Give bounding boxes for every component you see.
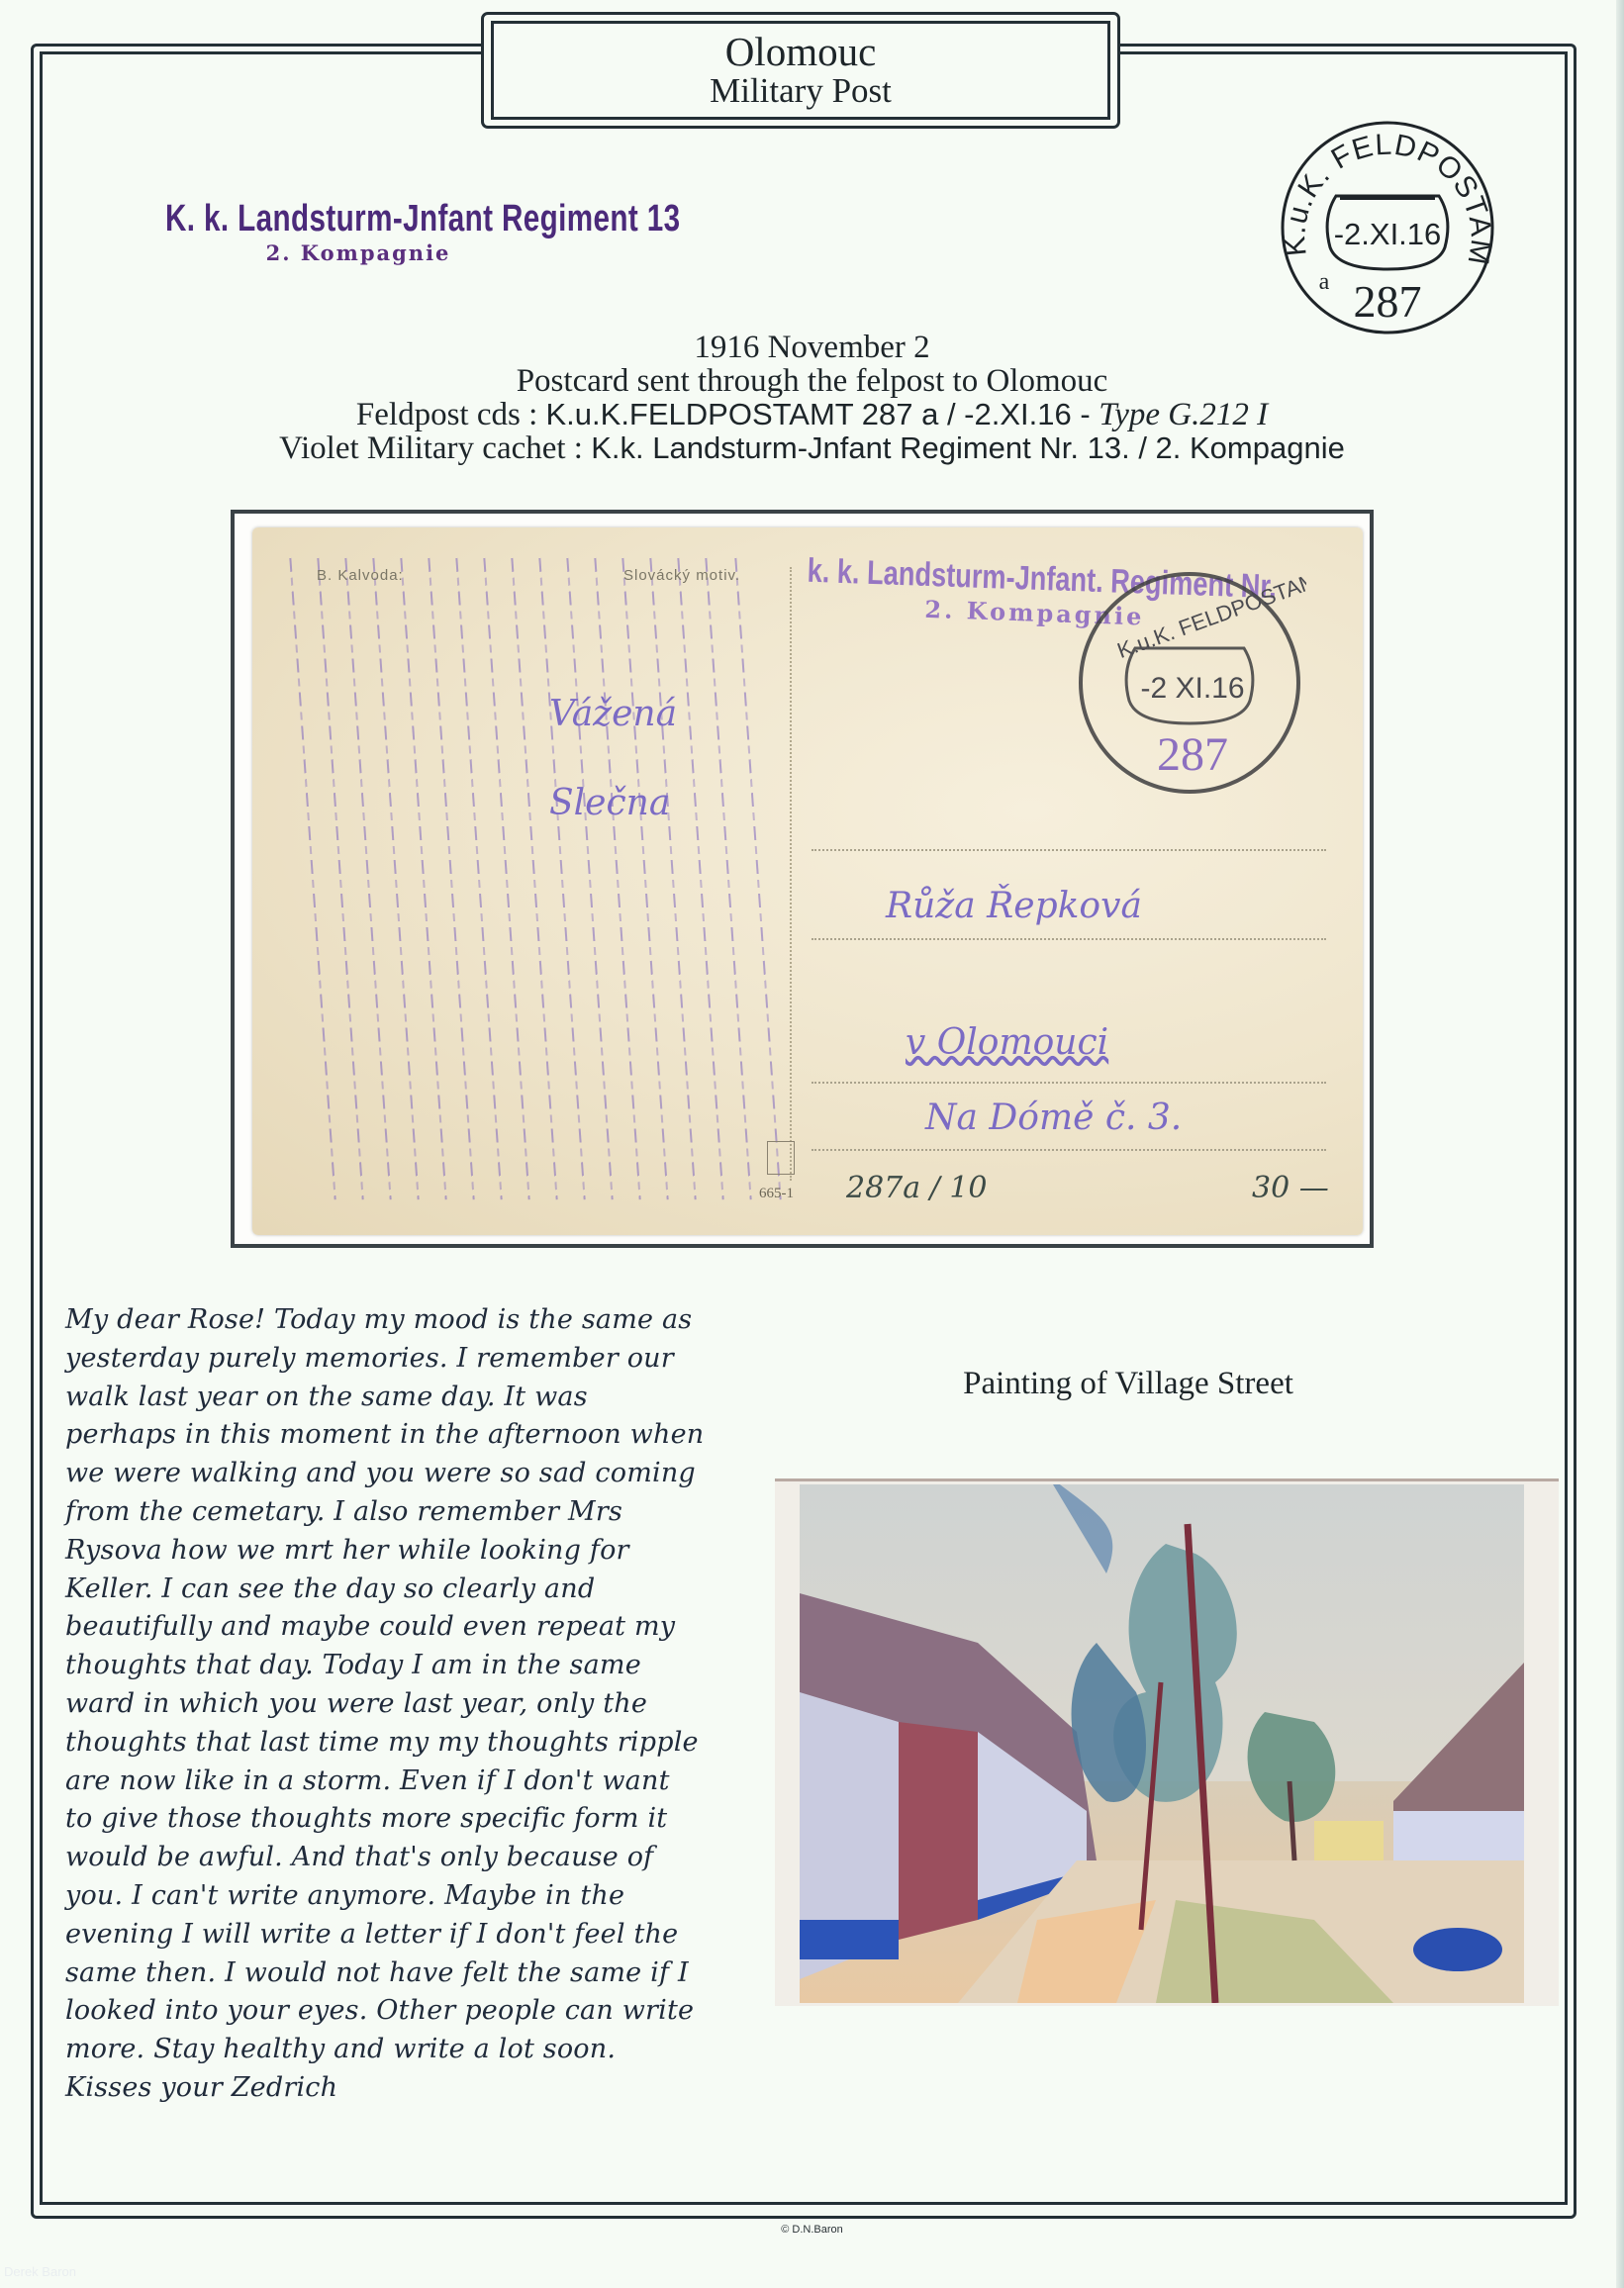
copyright: © D.N.Baron: [0, 2224, 1624, 2236]
description-cds: Feldpost cds : K.u.K.FELDPOSTAMT 287 a /…: [0, 398, 1624, 431]
cds-type: Type G.212 I: [1099, 397, 1268, 432]
message-transcription: My dear Rose! Today my mood is the same …: [65, 1301, 748, 2108]
printer-logo-icon: [767, 1141, 795, 1175]
transcription-line: are now like in a storm. Even if I don't…: [65, 1763, 748, 1801]
transcription-line: would be awful. And that's only because …: [65, 1839, 748, 1877]
transcription-line: looked into your eyes. Other people can …: [65, 1992, 748, 2031]
transcription-line: walk last year on the same day. It was: [65, 1379, 748, 1417]
address-salutation: Vážená: [549, 694, 677, 734]
svg-text:-2.XI.16: -2.XI.16: [1334, 217, 1442, 251]
village-street-painting: [800, 1484, 1524, 2003]
transcription-line: same then. I would not have felt the sam…: [65, 1954, 748, 1993]
cds-label: Feldpost cds :: [356, 397, 546, 432]
transcription-line: evening I will write a letter if I don't…: [65, 1916, 748, 1954]
postcard-divider: [790, 567, 792, 1181]
transcription-line: to give those thoughts more specific for…: [65, 1800, 748, 1839]
transcription-line: from the cemetary. I also remember Mrs: [65, 1493, 748, 1532]
address-title: Slečna: [549, 783, 670, 823]
transcription-line: more. Stay healthy and write a lot soon.: [65, 2031, 748, 2069]
transcription-line: Keller. I can see the day so clearly and: [65, 1571, 748, 1609]
watermark: Derek Baron: [4, 2264, 76, 2279]
description-cachet: Violet Military cachet : K.k. Landsturm-…: [0, 431, 1624, 465]
svg-text:a: a: [1319, 269, 1330, 295]
postcard-image: B. Kalvoda: Slovácký motiv. k. k. Landst…: [252, 527, 1363, 1235]
cachet-value: K.k. Landsturm-Jnfant Regiment Nr. 13. /…: [591, 430, 1345, 465]
transcription-line: thoughts that last time my my thoughts r…: [65, 1724, 748, 1763]
address-street: Na Dómě č. 3.: [925, 1097, 1182, 1138]
svg-text:287: 287: [1354, 276, 1422, 327]
pencil-note-left: 287a / 10: [846, 1171, 988, 1205]
svg-text:-2 XI.16: -2 XI.16: [1140, 672, 1244, 705]
cachet-regiment: K. k. Landsturm-Jnfant Regiment 13: [165, 198, 551, 240]
transcription-line: Kisses your Zedrich: [65, 2069, 748, 2108]
postcard-handwritten-message: [272, 547, 787, 1220]
transcription-line: thoughts that day. Today I am in the sam…: [65, 1647, 748, 1685]
transcription-line: beautifully and maybe could even repeat …: [65, 1608, 748, 1647]
cds-value: K.u.K.FELDPOSTAMT 287 a / -2.XI.16 -: [546, 397, 1099, 431]
cachet-company: 2. Kompagnie: [111, 240, 606, 265]
printer-number: 665-1: [759, 1186, 794, 1202]
regiment-cachet: K. k. Landsturm-Jnfant Regiment 13 2. Ko…: [111, 198, 606, 265]
transcription-line: we were walking and you were so sad comi…: [65, 1455, 748, 1493]
description-block: 1916 November 2 Postcard sent through th…: [0, 331, 1624, 465]
page-title: Olomouc Military Post: [491, 21, 1110, 120]
feldpost-postmark-icon: K.u.K. FELDPOSTAMT -2.XI.16 a 287: [1279, 119, 1496, 336]
pencil-note-right: 30 —: [1252, 1171, 1329, 1205]
postcard-title: Slovácký motiv.: [623, 567, 740, 584]
cachet-label: Violet Military cachet :: [279, 430, 591, 466]
transcription-line: yesterday purely memories. I remember ou…: [65, 1340, 748, 1379]
address-city: v Olomouci: [906, 1022, 1108, 1063]
transcription-line: perhaps in this moment in the afternoon …: [65, 1416, 748, 1455]
transcription-line: ward in which you were last year, only t…: [65, 1685, 748, 1724]
transcription-line: Rysova how we mrt her while looking for: [65, 1532, 748, 1571]
description-summary: Postcard sent through the felpost to Olo…: [0, 364, 1624, 398]
description-date: 1916 November 2: [0, 331, 1624, 364]
title-city: Olomouc: [725, 31, 877, 72]
transcription-line: My dear Rose! Today my mood is the same …: [65, 1301, 748, 1340]
address-name: Růža Řepková: [886, 886, 1142, 926]
transcription-line: you. I can't write anymore. Maybe in the: [65, 1877, 748, 1916]
postcard-postmark-icon: -2 XI.16 287 K.u.K. FELDPOSTAMT: [1074, 567, 1306, 800]
svg-text:287: 287: [1157, 728, 1228, 781]
title-subtitle: Military Post: [710, 72, 892, 110]
postcard-artist: B. Kalvoda:: [317, 567, 404, 584]
painting-caption: Painting of Village Street: [891, 1366, 1366, 1402]
